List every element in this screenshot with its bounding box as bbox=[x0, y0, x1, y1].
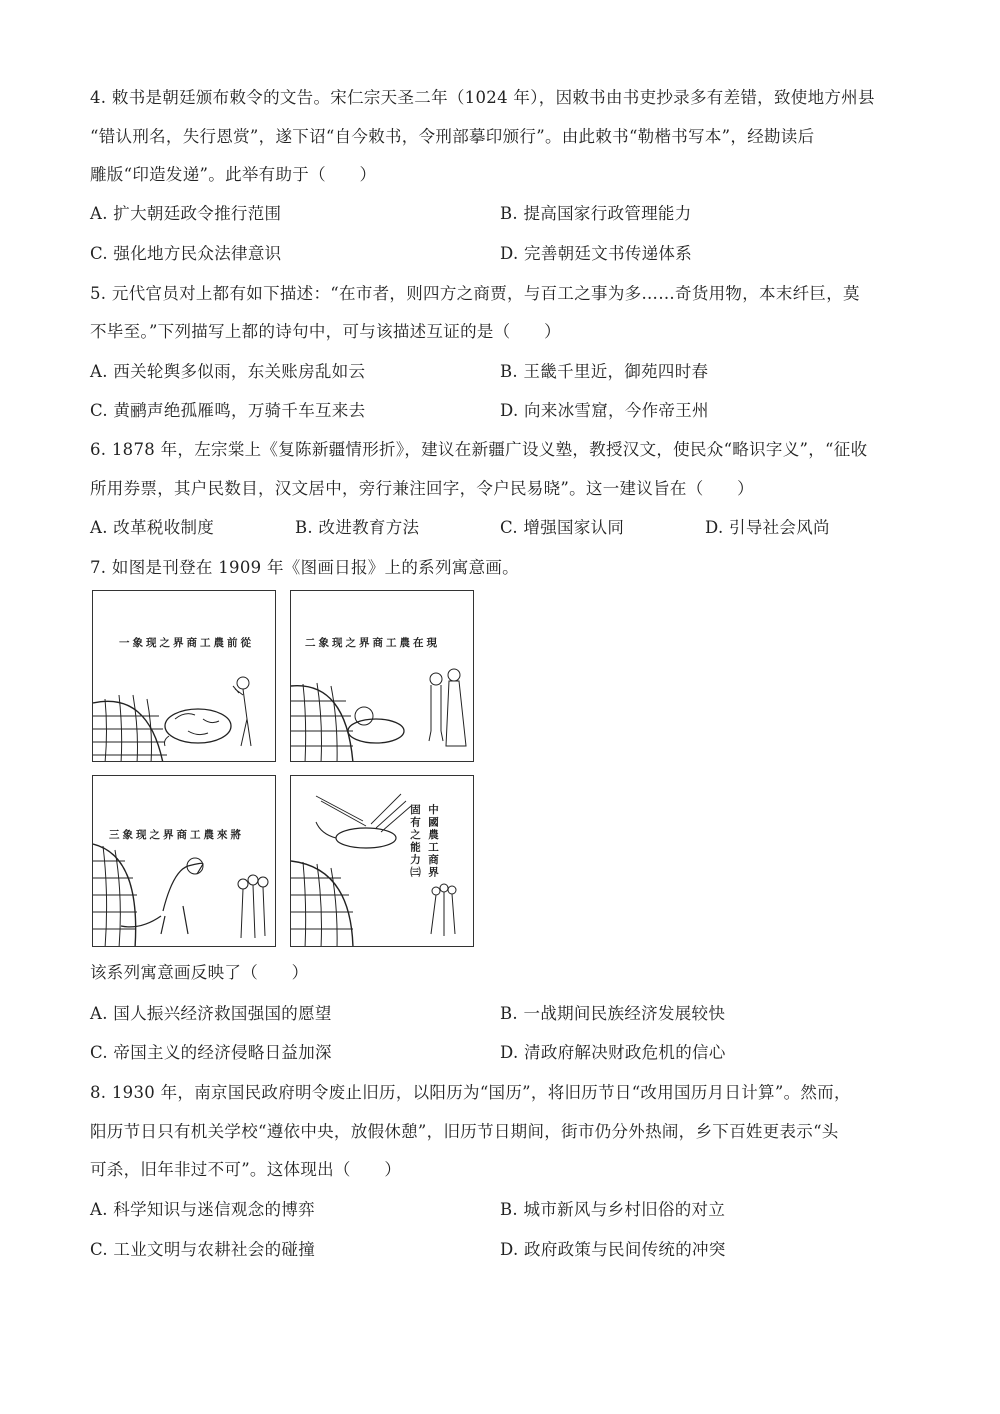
allegorical-cartoon-figure: 一象现之界商工農前從 二象现之界商工農在現 bbox=[92, 590, 477, 950]
question-4-stem-line-2: “错认刑名，失行恩赏”，遂下诏“自今敕书，令刑部摹印颁行”。由此敕书“勒楷书写本… bbox=[90, 127, 814, 147]
question-5-option-c[interactable]: C. 黄鹂声绝孤雁鸣，万骑千车互来去 bbox=[90, 401, 365, 421]
question-7-option-a[interactable]: A. 国人振兴经济救国强国的愿望 bbox=[90, 1004, 332, 1024]
question-5-option-b[interactable]: B. 王畿千里近，御苑四时春 bbox=[500, 362, 708, 382]
question-5-option-a[interactable]: A. 西关轮舆多似雨，东关账房乱如云 bbox=[90, 362, 365, 382]
question-4-stem-line-3: 雕版“印造发递”。此举有助于（ ） bbox=[90, 165, 376, 185]
question-5-stem-line-1: 5. 元代官员对上都有如下描述：“在市者，则四方之商贾，与百工之事为多……奇货用… bbox=[90, 284, 860, 304]
globe-tiger-man-illustration bbox=[93, 591, 276, 762]
question-4-option-a[interactable]: A. 扩大朝廷政令推行范围 bbox=[90, 204, 281, 224]
question-4-option-d[interactable]: D. 完善朝廷文书传递体系 bbox=[500, 244, 692, 264]
question-7-option-c[interactable]: C. 帝国主义的经济侵略日益加深 bbox=[90, 1043, 332, 1063]
question-7-option-b[interactable]: B. 一战期间民族经济发展较快 bbox=[500, 1004, 725, 1024]
question-6-option-a[interactable]: A. 改革税收制度 bbox=[90, 518, 214, 538]
question-6-stem-line-1: 6. 1878 年，左宗棠上《复陈新疆情形折》，建议在新疆广设义塾，教授汉文，使… bbox=[90, 440, 867, 460]
cartoon-panel-2: 二象现之界商工農在現 bbox=[290, 590, 474, 762]
question-8-option-d[interactable]: D. 政府政策与民间传统的冲突 bbox=[500, 1240, 726, 1260]
question-8-option-c[interactable]: C. 工业文明与农耕社会的碰撞 bbox=[90, 1240, 315, 1260]
cartoon-panel-4: 中國農工商界 固有之能力㈢ bbox=[290, 775, 474, 947]
question-6-option-c[interactable]: C. 增强国家认同 bbox=[500, 518, 624, 538]
question-4-option-c[interactable]: C. 强化地方民众法律意识 bbox=[90, 244, 281, 264]
globe-tiger-couple-illustration bbox=[291, 591, 474, 762]
cartoon-panel-1: 一象现之界商工農前從 bbox=[92, 590, 276, 762]
question-8-stem-line-2: 阳历节日只有机关学校“遵依中央，放假休憩”，旧历节日期间，街市仍分外热闹，乡下百… bbox=[90, 1122, 839, 1142]
question-4-option-b[interactable]: B. 提高国家行政管理能力 bbox=[500, 204, 692, 224]
globe-winged-tiger-people-illustration bbox=[291, 776, 474, 947]
question-8-option-a[interactable]: A. 科学知识与迷信观念的博弈 bbox=[90, 1200, 315, 1220]
question-6-stem-line-2: 所用券票，其户民数目，汉文居中，旁行兼注回字，令户民易晓”。这一建议旨在（ ） bbox=[90, 479, 754, 499]
question-7-stem-line-2: 该系列寓意画反映了（ ） bbox=[90, 963, 308, 983]
question-5-option-d[interactable]: D. 向来冰雪窟，今作帝王州 bbox=[500, 401, 709, 421]
question-7-stem-line-1: 7. 如图是刊登在 1909 年《图画日报》上的系列寓意画。 bbox=[90, 558, 519, 578]
question-7-option-d[interactable]: D. 清政府解决财政危机的信心 bbox=[500, 1043, 726, 1063]
question-6-option-d[interactable]: D. 引导社会风尚 bbox=[705, 518, 830, 538]
question-4-stem-line-1: 4. 敕书是朝廷颁布敕令的文告。宋仁宗天圣二年（1024 年），因敕书由书吏抄录… bbox=[90, 88, 875, 108]
question-6-option-b[interactable]: B. 改进教育方法 bbox=[295, 518, 419, 538]
globe-tiger-people-illustration bbox=[93, 776, 276, 947]
cartoon-panel-3: 三象现之界商工農來將 bbox=[92, 775, 276, 947]
question-5-stem-line-2: 不毕至。”下列描写上都的诗句中，可与该描述互证的是（ ） bbox=[90, 322, 561, 342]
question-8-option-b[interactable]: B. 城市新风与乡村旧俗的对立 bbox=[500, 1200, 725, 1220]
question-8-stem-line-3: 可杀，旧年非过不可”。这体现出（ ） bbox=[90, 1160, 401, 1180]
question-8-stem-line-1: 8. 1930 年，南京国民政府明令废止旧历，以阳历为“国历”，将旧历节日“改用… bbox=[90, 1083, 851, 1103]
